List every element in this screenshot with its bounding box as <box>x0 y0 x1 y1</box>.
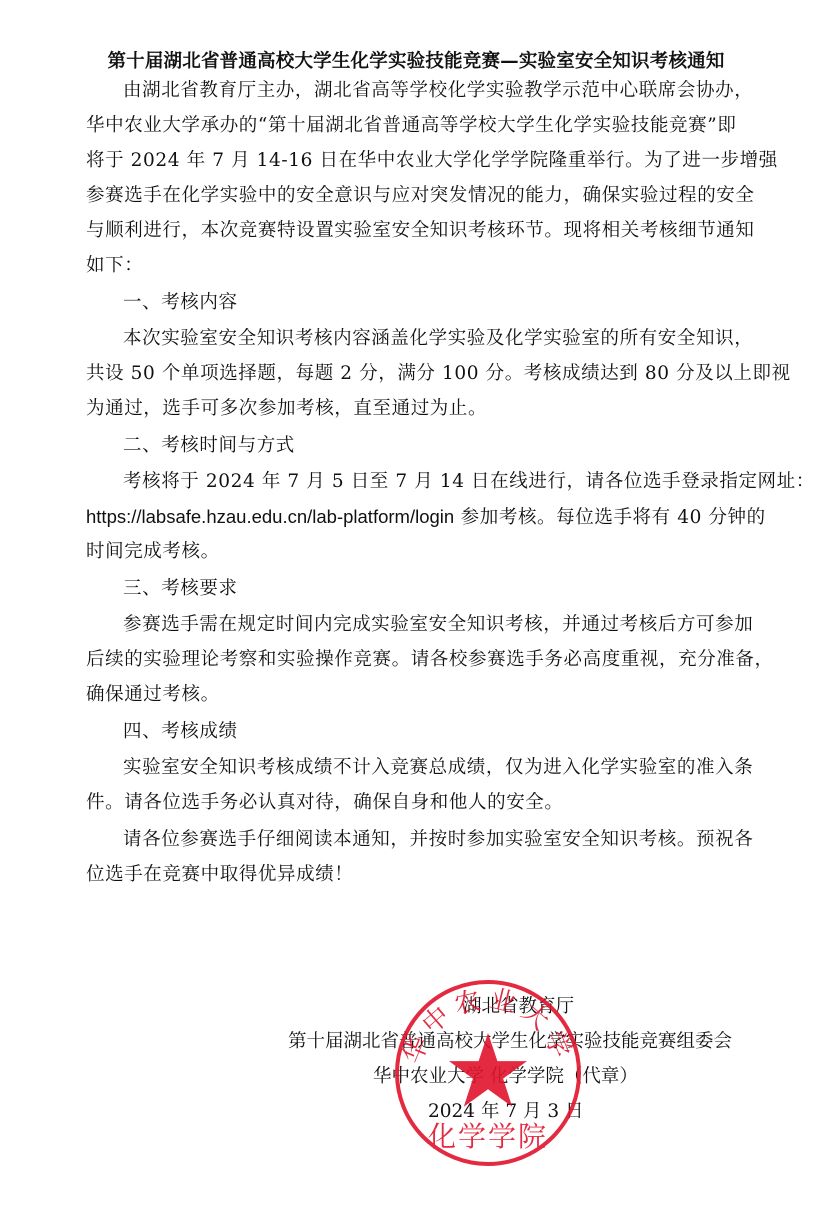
section-line: 参赛选手需在规定时间内完成实验室安全知识考核，并通过考核后方可参加 <box>123 613 750 637</box>
section-line: 为通过，选手可多次参加考核，直至通过为止。 <box>86 397 750 421</box>
signature-org-committee: 第十届湖北省普通高校大学生化学实验技能竞赛组委会 <box>288 1027 732 1053</box>
section-line-url: https://labsafe.hzau.edu.cn/lab-platform… <box>86 505 750 530</box>
section-line: 时间完成考核。 <box>86 540 750 564</box>
section-line: 本次实验室安全知识考核内容涵盖化学实验及化学实验室的所有安全知识， <box>123 327 750 351</box>
intro-line: 由湖北省教育厅主办，湖北省高等学校化学实验教学示范中心联席会协办， <box>123 79 750 103</box>
closing-line: 位选手在竞赛中取得优异成绩！ <box>86 863 750 887</box>
signature-org-university: 华中农业大学 化学学院（代章） <box>373 1062 638 1088</box>
intro-line: 与顺利进行，本次竞赛特设置实验室安全知识考核环节。现将相关考核细节通知 <box>86 219 750 243</box>
section-line-url-suffix: 参加考核。每位选手将有 40 分钟的 <box>461 507 766 528</box>
section-line: 确保通过考核。 <box>86 683 750 707</box>
intro-line: 如下： <box>86 254 750 278</box>
document-title: 第十届湖北省普通高校大学生化学实验技能竞赛—实验室安全知识考核通知 <box>0 47 832 73</box>
section-line: 后续的实验理论考察和实验操作竞赛。请各校参赛选手务必高度重视，充分准备， <box>86 648 750 672</box>
closing-line: 请各位参赛选手仔细阅读本通知，并按时参加实验室安全知识考核。预祝各 <box>123 828 750 852</box>
section-heading-time-method: 二、考核时间与方式 <box>123 434 787 458</box>
seal-bottom-text: 化学学院 <box>428 1120 548 1153</box>
intro-line: 将于 2024 年 7 月 14-16 日在华中农业大学化学学院隆重举行。为了进… <box>86 149 750 173</box>
section-line: 实验室安全知识考核成绩不计入竞赛总成绩，仅为进入化学实验室的准入条 <box>123 756 750 780</box>
section-line: 件。请各位选手务必认真对待，确保自身和他人的安全。 <box>86 791 750 815</box>
signature-org-education-dept: 湖北省教育厅 <box>463 992 574 1018</box>
intro-line: 华中农业大学承办的“第十届湖北省普通高等学校大学生化学实验技能竞赛”即 <box>86 114 750 138</box>
section-heading-results: 四、考核成绩 <box>123 720 787 744</box>
section-line: 共设 50 个单项选择题，每题 2 分，满分 100 分。考核成绩达到 80 分… <box>86 362 750 386</box>
exam-url-link[interactable]: https://labsafe.hzau.edu.cn/lab-platform… <box>86 506 454 527</box>
notice-document: 第十届湖北省普通高校大学生化学实验技能竞赛—实验室安全知识考核通知 由湖北省教育… <box>0 0 832 1212</box>
signature-date: 2024 年 7 月 3 日 <box>428 1097 584 1123</box>
section-heading-content: 一、考核内容 <box>123 291 787 315</box>
section-line: 考核将于 2024 年 7 月 5 日至 7 月 14 日在线进行，请各位选手登… <box>123 470 750 494</box>
section-heading-requirements: 三、考核要求 <box>123 577 787 601</box>
intro-line: 参赛选手在化学实验中的安全意识与应对突发情况的能力，确保实验过程的安全 <box>86 184 750 208</box>
